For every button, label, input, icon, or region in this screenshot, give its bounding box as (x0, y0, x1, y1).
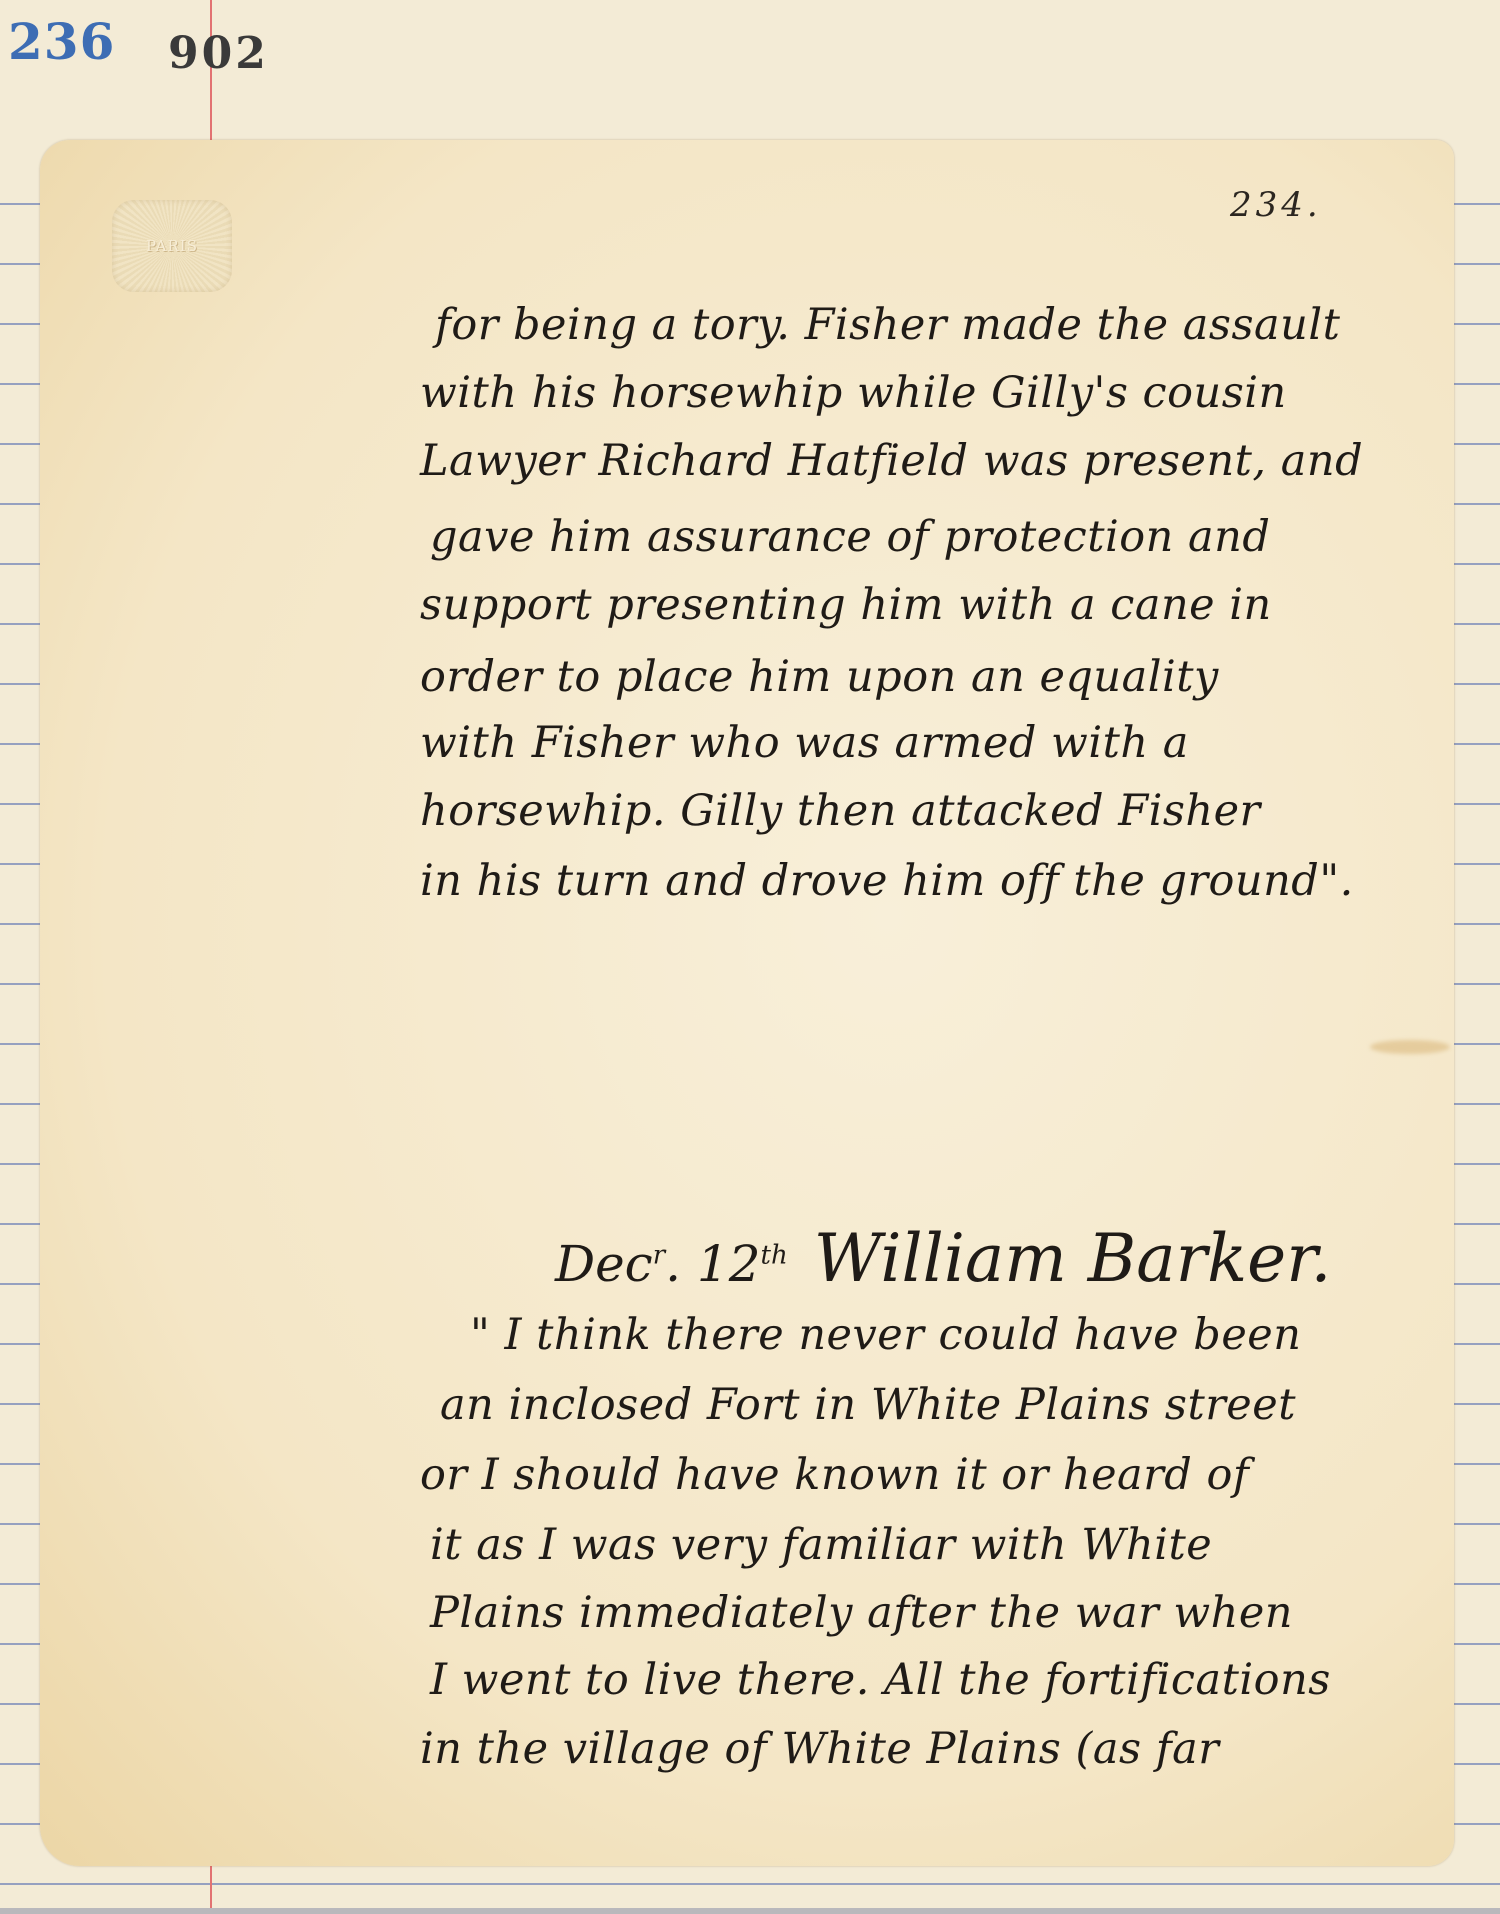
text-line: or I should have known it or heard of (420, 1450, 1249, 1500)
entry-heading: Decr. 12thWilliam Barker. (555, 1220, 1332, 1297)
ledger-stamp-number: 236 (8, 12, 115, 71)
text-line: order to place him upon an equality (420, 652, 1219, 702)
entry-date: Decr. 12th (555, 1235, 788, 1293)
paper-stain (1370, 1040, 1450, 1054)
text-line: horsewhip. Gilly then attacked Fisher (420, 786, 1261, 836)
text-line: with his horsewhip while Gilly's cousin (420, 368, 1287, 418)
scan-bottom-edge (0, 1908, 1500, 1914)
text-line: " I think there never could have been (470, 1310, 1301, 1360)
text-line: for being a tory. Fisher made the assaul… (435, 300, 1340, 350)
text-line: Plains immediately after the war when (430, 1588, 1293, 1638)
card-page-number: 234. (1230, 185, 1322, 225)
text-line: it as I was very familiar with White (430, 1520, 1212, 1570)
text-line: I went to live there. All the fortificat… (430, 1655, 1331, 1705)
text-line: Lawyer Richard Hatfield was present, and (420, 436, 1363, 486)
text-line: gave him assurance of protection and (430, 512, 1270, 562)
text-line: with Fisher who was armed with a (420, 718, 1189, 768)
text-line: an inclosed Fort in White Plains street (440, 1380, 1296, 1430)
text-line: in his turn and drove him off the ground… (420, 856, 1354, 906)
ledger-folio-number: 902 (168, 28, 269, 79)
entry-person-name: William Barker. (814, 1220, 1332, 1297)
text-line: support presenting him with a cane in (420, 580, 1272, 630)
paris-emboss-stamp-icon: PARIS (112, 200, 232, 292)
emboss-label: PARIS (146, 237, 198, 255)
text-line: in the village of White Plains (as far (420, 1724, 1219, 1774)
